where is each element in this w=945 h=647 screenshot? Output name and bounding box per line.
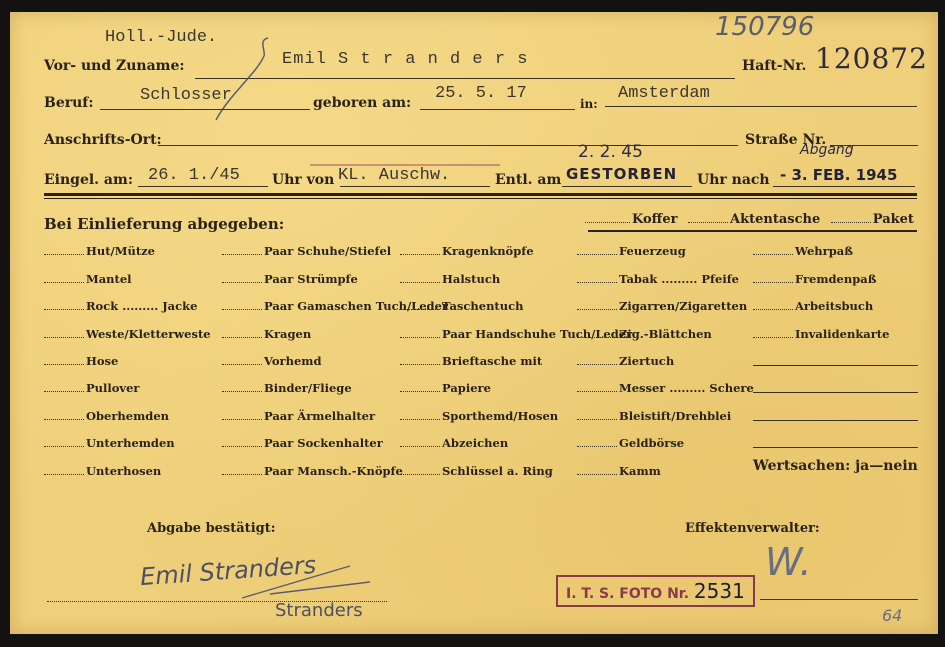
custodian-label: Effektenverwalter: — [685, 521, 820, 536]
its-stamp-label: I. T. S. FOTO Nr. — [566, 586, 689, 602]
release-time-label: Uhr nach — [697, 172, 770, 188]
item-kamm: Kamm — [577, 464, 661, 478]
luggage-koffer: Koffer — [632, 212, 677, 227]
item-messer-schere: Messer ......... Schere — [577, 381, 754, 395]
its-stamp-number: 2531 — [694, 579, 745, 603]
release-handwritten-note: Abgang — [800, 142, 854, 158]
page-number: 64 — [882, 606, 902, 625]
item-bleistift: Bleistift/Drehblei — [577, 409, 731, 423]
valuables-label: Wertsachen: ja—nein — [753, 458, 918, 474]
item-struempfe: Paar Strümpfe — [222, 272, 358, 286]
admission-from-value: KL. Auschw. — [338, 166, 450, 185]
confirmation-label: Abgabe bestätigt: — [147, 521, 276, 536]
item-papiere: Papiere — [400, 381, 491, 395]
blank-line-2 — [753, 392, 918, 393]
item-halstuch: Halstuch — [400, 272, 500, 286]
item-taschentuch: Taschentuch — [400, 299, 523, 313]
item-weste: Weste/Kletterweste — [44, 327, 211, 341]
item-brieftasche: Brieftasche mit — [400, 354, 542, 368]
item-zig-blaettchen: Zig.-Blättchen — [577, 327, 712, 341]
section-divider-thin — [44, 198, 917, 199]
belongings-heading: Bei Einlieferung abgegeben: — [44, 215, 284, 233]
admission-time-label: Uhr von — [272, 172, 334, 188]
address-label: Anschrifts-Ort: — [44, 132, 162, 148]
birth-date-label: geboren am: — [313, 95, 411, 111]
prisoner-number-value: 120872 — [815, 42, 928, 75]
item-mantel: Mantel — [44, 272, 132, 286]
item-abzeichen: Abzeichen — [400, 436, 508, 450]
item-unterhemden: Unterhemden — [44, 436, 175, 450]
item-binder-fliege: Binder/Fliege — [222, 381, 352, 395]
signature-note: Stranders — [275, 600, 363, 621]
item-geldboerse: Geldbörse — [577, 436, 684, 450]
item-aermelhalter: Paar Ärmelhalter — [222, 409, 375, 423]
luggage-paket: Paket — [873, 212, 914, 227]
admission-date-value: 26. 1./45 — [148, 166, 240, 185]
item-ziertuch: Ziertuch — [577, 354, 674, 368]
luggage-row: Koffer Aktentasche Paket — [585, 212, 914, 227]
birth-place-label: in: — [580, 97, 598, 111]
item-manschettenknoepfe: Paar Mansch.-Knöpfe — [222, 464, 403, 478]
item-sporthemd: Sporthemd/Hosen — [400, 409, 558, 423]
item-tabak-pfeife: Tabak ......... Pfeife — [577, 272, 739, 286]
birth-date-line — [420, 109, 575, 110]
item-wehrpass: Wehrpaß — [753, 244, 853, 258]
signature-flourish — [240, 560, 380, 600]
occupation-value: Schlosser — [140, 86, 232, 105]
admission-date-line — [138, 186, 268, 187]
item-arbeitsbuch: Arbeitsbuch — [753, 299, 873, 313]
section-divider — [44, 193, 917, 196]
admission-label: Eingel. am: — [44, 172, 133, 188]
release-date-stamp: - 3. FEB. 1945 — [780, 166, 897, 184]
item-kragen: Kragen — [222, 327, 311, 341]
blank-line-4 — [753, 447, 918, 448]
item-hut-muetze: Hut/Mütze — [44, 244, 155, 258]
item-vorhemd: Vorhemd — [222, 354, 321, 368]
prisoner-effects-card: 150796 Holl.-Jude. Vor- und Zuname: Emil… — [10, 12, 938, 634]
admission-from-line — [340, 186, 490, 187]
prisoner-number-label: Haft-Nr. — [742, 58, 806, 74]
nationality-note: Holl.-Jude. — [105, 28, 217, 47]
item-zigarren: Zigarren/Zigaretten — [577, 299, 747, 313]
name-label: Vor- und Zuname: — [44, 58, 185, 74]
release-line — [562, 186, 692, 187]
its-photo-stamp: I. T. S. FOTO Nr. 2531 — [556, 575, 755, 607]
item-feuerzeug: Feuerzeug — [577, 244, 686, 258]
release-handwritten-date: 2. 2. 45 — [578, 142, 643, 162]
release-label: Entl. am — [495, 172, 561, 188]
occupation-label: Beruf: — [44, 95, 94, 111]
pencil-stroke-mark — [210, 34, 280, 124]
item-kragenknoepfe: Kragenknöpfe — [400, 244, 534, 258]
address-line — [158, 145, 738, 146]
item-invalidenkarte: Invalidenkarte — [753, 327, 889, 341]
occupation-line — [100, 109, 310, 110]
birth-place-line — [605, 106, 917, 107]
item-schluessel: Schlüssel a. Ring — [400, 464, 553, 478]
birth-place-value: Amsterdam — [618, 84, 710, 103]
archive-number: 150796 — [715, 12, 814, 42]
blank-line-1 — [753, 365, 918, 366]
item-pullover: Pullover — [44, 381, 139, 395]
item-unterhosen: Unterhosen — [44, 464, 161, 478]
luggage-underline — [588, 230, 917, 232]
release-stamp-line — [773, 186, 915, 187]
item-hose: Hose — [44, 354, 118, 368]
custodian-initial: W. — [765, 540, 812, 584]
luggage-aktentasche: Aktentasche — [730, 212, 820, 227]
blank-line-3 — [753, 420, 918, 421]
custodian-line — [760, 599, 918, 600]
name-value: Emil S t r a n d e r s — [282, 50, 528, 69]
item-oberhemden: Oberhemden — [44, 409, 169, 423]
release-status-stamp: GESTORBEN — [566, 165, 677, 183]
birth-date-value: 25. 5. 17 — [435, 84, 527, 103]
item-schuhe-stiefel: Paar Schuhe/Stiefel — [222, 244, 391, 258]
item-fremdenpass: Fremdenpaß — [753, 272, 876, 286]
item-rock-jacke: Rock ......... Jacke — [44, 299, 197, 313]
item-sockenhalter: Paar Sockenhalter — [222, 436, 383, 450]
